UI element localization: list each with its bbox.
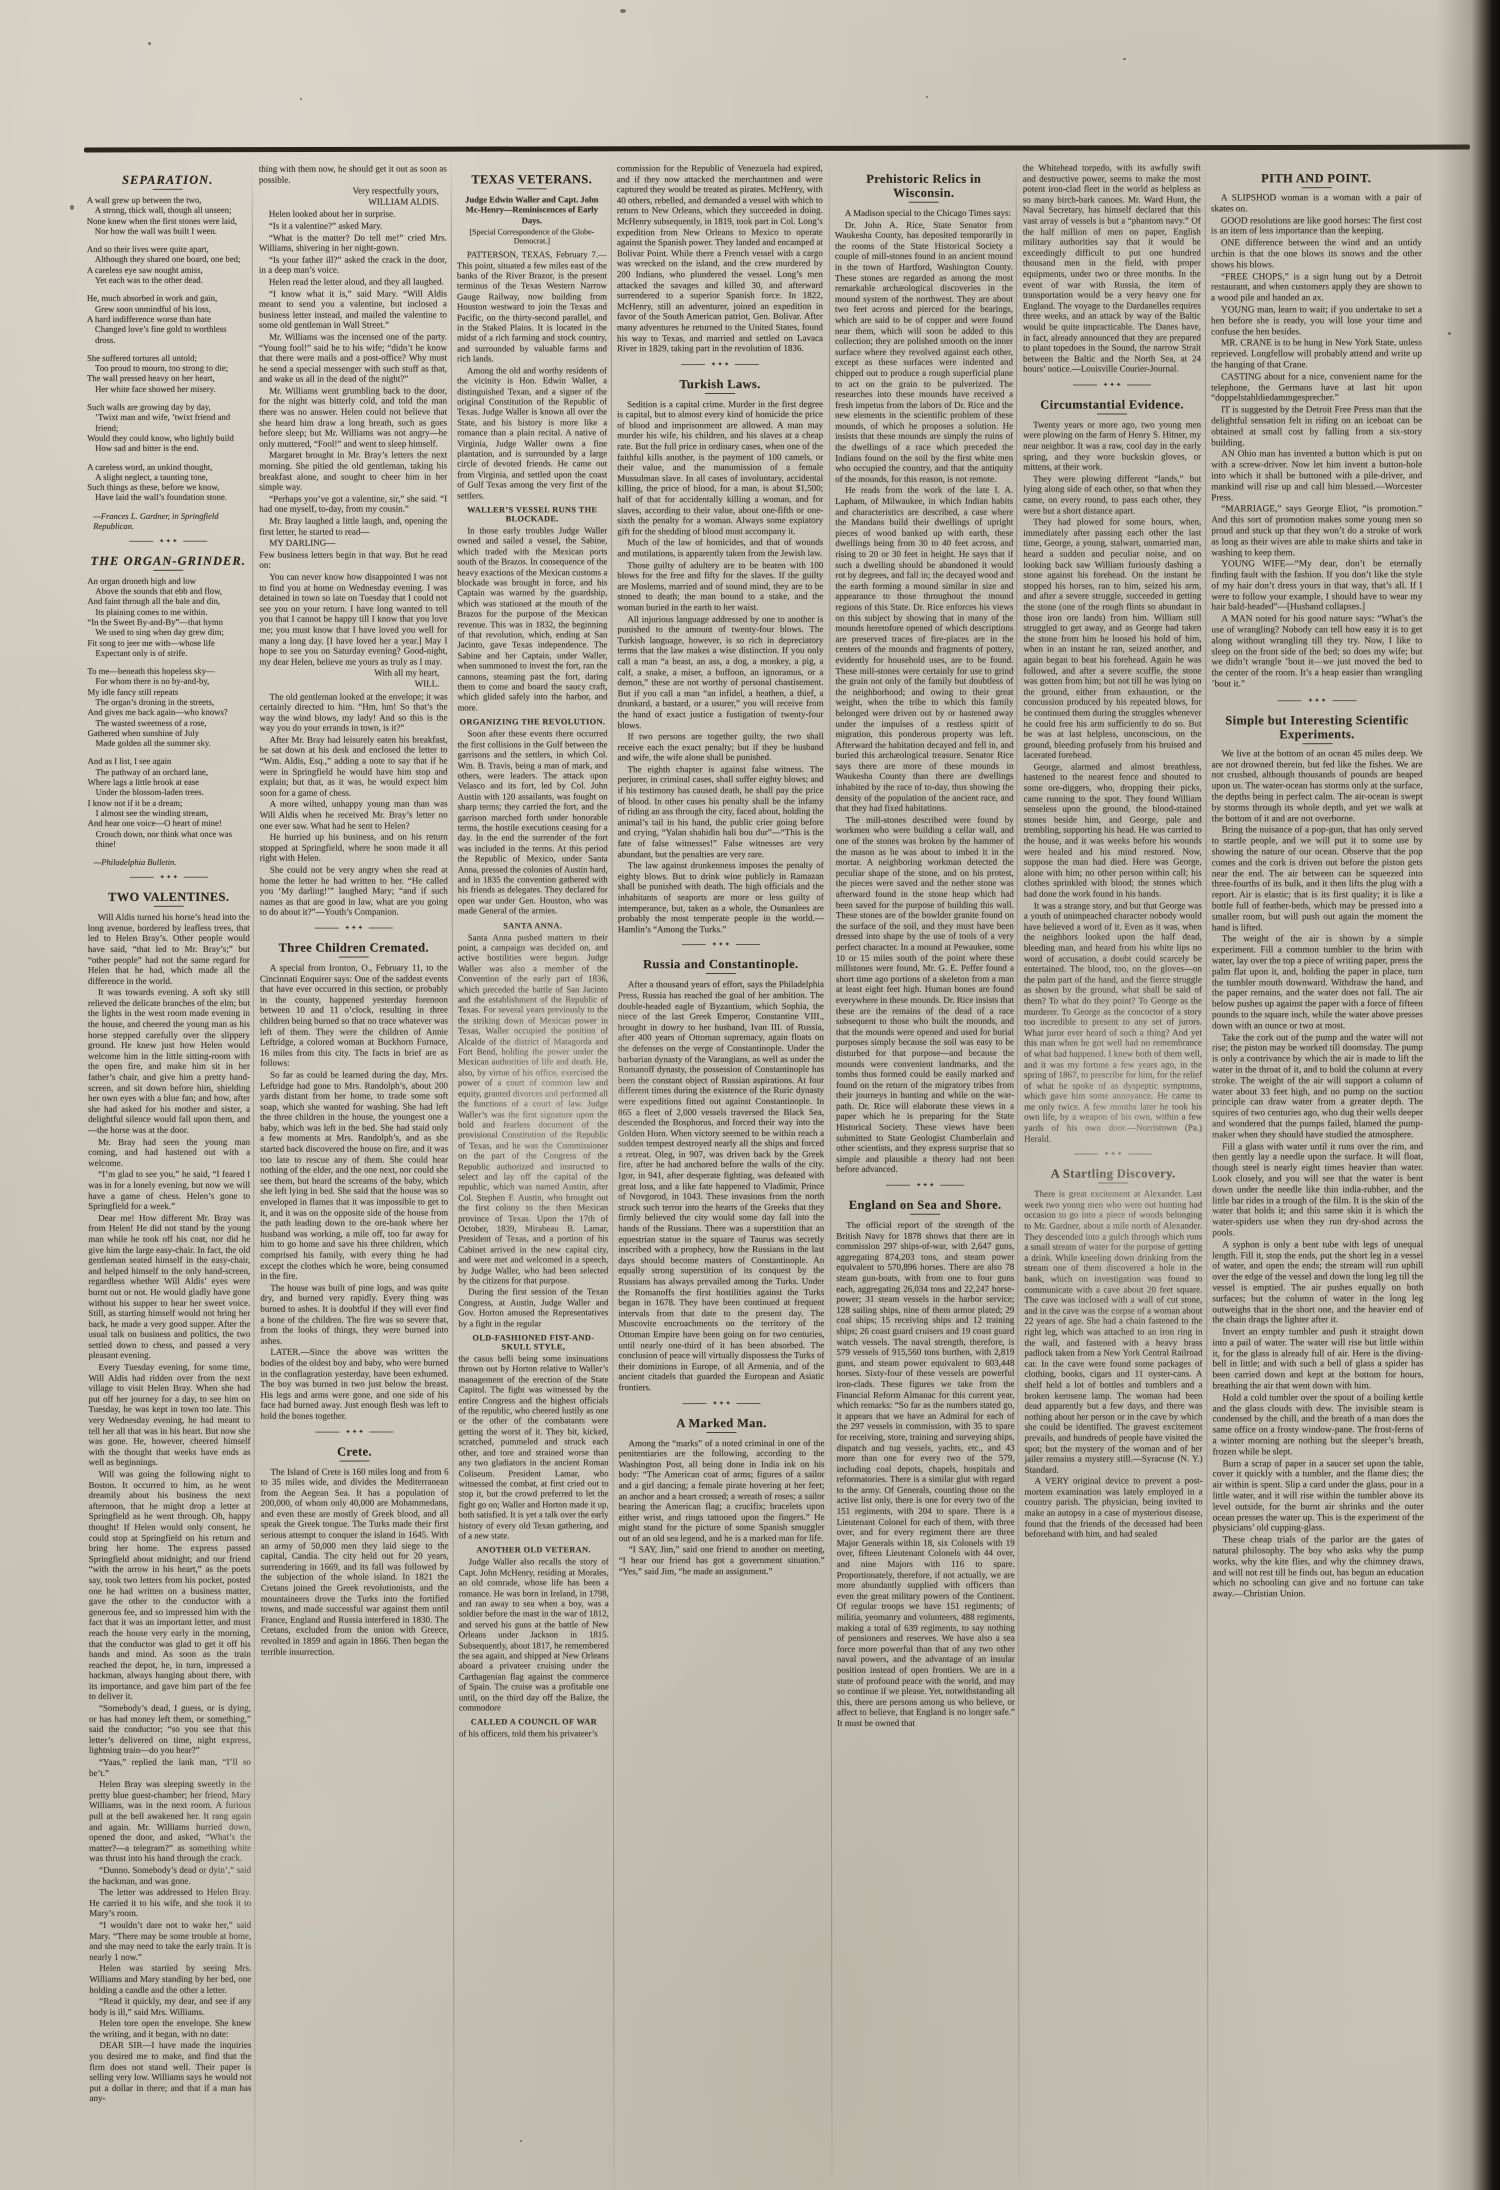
article-paragraph: He reads from the work of the late I. A.… — [835, 485, 1013, 814]
poem-line: For whom there is no by-and-by, — [87, 676, 249, 687]
attribution: —Frances L. Gardner, in Springfield Repu… — [87, 510, 249, 530]
article-headline: THE ORGAN-GRINDER. — [87, 553, 249, 567]
headline-rule — [153, 189, 183, 190]
article-paragraph: Mr. Bray laughed a little laugh, and, op… — [259, 515, 447, 536]
headline-rule — [1301, 187, 1331, 188]
poem-stanza: And so their lives were quite apart,Alth… — [87, 244, 249, 285]
article-paragraph: A VERY original device to prevent a post… — [1025, 1476, 1203, 1540]
article-paragraph: Take the cork out of the pump and the wa… — [1212, 1033, 1423, 1141]
article-paragraph: ONE difference between the wind and an u… — [1211, 238, 1422, 271]
article-paragraph: These cheap trials of the parlor are the… — [1213, 1535, 1424, 1600]
poem-line: Would they could know, who lightly build — [87, 433, 249, 444]
poem-line: A careless eye saw nought amiss, — [87, 264, 249, 275]
article-paragraph: “What is the matter? Do tell me!” cried … — [259, 232, 447, 253]
article-paragraph: Among the “marks” of a noted criminal in… — [618, 1437, 824, 1543]
article-paragraph: Soon after these events there occurred t… — [457, 728, 607, 916]
poem-line: Its plaining comes to me within. — [87, 606, 249, 617]
article-paragraph: The mill-stones described were found by … — [836, 814, 1015, 1174]
article-paragraph: Twenty years or more ago, two young men … — [1023, 419, 1201, 472]
poem-line: Although they shared one board, one bed; — [87, 254, 249, 265]
column-rule — [829, 158, 833, 2190]
poem-line: My idle fancy still repeats — [87, 686, 249, 697]
section-crosshead: ANOTHER OLD VETERAN. — [459, 1546, 609, 1555]
poem-line: A wall grew up between the two, — [87, 195, 249, 206]
article-paragraph: Mr. Williams went grumbling back to the … — [259, 385, 447, 449]
headline-rule — [909, 202, 939, 203]
poem-line: A strong, thick wall, though all unseen; — [87, 205, 249, 216]
article-paragraph: “Somebody’s dead, I guess, or is dying, … — [89, 1703, 251, 1756]
article-paragraph: A special from Ironton, O., February 11,… — [260, 962, 448, 1068]
article-paragraph: In those early troubles Judge Waller own… — [457, 525, 607, 713]
article-paragraph: “I know what it is,” said Mary. “Will Al… — [259, 288, 447, 331]
poem-stanza: Such walls are growing day by day,’Twixt… — [87, 402, 249, 454]
article-paragraph: Dear me! How different Mr. Bray was from… — [88, 1212, 250, 1361]
article-headline: Circumstantial Evidence. — [1023, 397, 1201, 411]
poem-stanza: He, much absorbed in work and gain,Grew … — [87, 293, 249, 345]
scan-speck — [520, 2140, 522, 2142]
article-headline: SEPARATION. — [87, 173, 249, 187]
poem-line: Such walls are growing day by day, — [87, 402, 249, 413]
article-paragraph: It was towards evening. A soft sky still… — [88, 987, 250, 1136]
article-paragraph: We live at the bottom of an ocean 45 mil… — [1212, 749, 1423, 825]
headline-rule — [706, 973, 736, 974]
article-paragraph: “Is your father ill?” asked the crack in… — [259, 254, 447, 275]
article-paragraph: “FREE CHOPS,” is a sign hung out by a De… — [1211, 272, 1422, 305]
poem-line: How sad and bitter is the end. — [87, 443, 249, 454]
article-headline: Three Children Cremated. — [260, 940, 448, 954]
article-paragraph: Few business letters begin in that way. … — [259, 549, 447, 570]
article-paragraph: “Is it a valentine?” asked Mary. — [259, 220, 447, 231]
article-paragraph: “Dunno. Somebody’s dead or dyin’,” said … — [89, 1865, 251, 1886]
article-headline: Russia and Constantinople. — [618, 957, 824, 971]
poem-line: A hard indifference worse than hate — [87, 314, 249, 325]
column-1: SEPARATION.A wall grew up between the tw… — [87, 164, 252, 2190]
letter-closing-line: With all my heart, — [259, 668, 439, 679]
poem-line: The pathway of an orchard lane, — [88, 766, 250, 777]
poem-line: I know not if it be a dream; — [88, 797, 250, 808]
article-paragraph: He hurried up his business, and on his r… — [260, 832, 448, 864]
article-paragraph: Hold a cold tumbler over the spout of a … — [1212, 1393, 1423, 1458]
divider-ornament: ✦ ✦ ✦ — [260, 1428, 448, 1435]
poem-line: A slight neglect, a taunting tone, — [87, 472, 249, 483]
divider-ornament: ✦ ✦ ✦ — [836, 1182, 1014, 1189]
poem-line: Nor how the wall was built I ween. — [87, 226, 249, 237]
poem-line: Have laid the wall’s foundation stone. — [87, 492, 249, 503]
poem-line: She suffered tortures all untold; — [87, 353, 249, 364]
headline-rule — [340, 1460, 370, 1461]
section-crosshead: SANTA ANNA. — [458, 921, 608, 930]
article-paragraph: So far as could be learned during the da… — [260, 1069, 448, 1281]
poem-line: Too proud to mourn, too strong to die; — [87, 363, 249, 374]
article-paragraph: “Perhaps you’ve got a valentine, sir,” s… — [259, 493, 447, 514]
poem-line: The wasted sweetness of a rose, — [87, 717, 249, 728]
article-paragraph: Mr. Bray had seen the young man coming, … — [88, 1136, 250, 1168]
divider-ornament: ✦ ✦ ✦ — [87, 537, 249, 544]
poem-line: None knew when the first stones were lai… — [87, 215, 249, 226]
column-rule — [451, 158, 455, 2190]
article-paragraph: MY DARLING— — [259, 538, 447, 549]
article-headline: England on Sea and Shore. — [836, 1198, 1014, 1212]
divider-ornament: ✦ ✦ ✦ — [617, 361, 823, 368]
scan-speck — [148, 42, 151, 45]
article-headline: TWO VALENTINES. — [88, 890, 250, 904]
attribution: —Philadelphia Bulletin. — [88, 857, 250, 867]
poem-line: I almost see the winding stream, — [88, 808, 250, 819]
headline-rule — [705, 393, 735, 394]
poem-stanza: A wall grew up between the two,A strong,… — [87, 195, 249, 236]
scan-speck — [1123, 58, 1126, 60]
poem-line: Under the blossom-laden trees. — [88, 787, 250, 798]
poem-line: Changed love’s fine gold to worthless dr… — [87, 324, 249, 345]
print-area: SEPARATION.A wall grew up between the tw… — [0, 0, 1500, 2190]
article-headline: PITH AND POINT. — [1211, 171, 1422, 185]
article-paragraph: Every Tuesday evening, for some time, Wi… — [88, 1362, 250, 1468]
article-paragraph: Helen Bray was sleeping sweetly in the p… — [89, 1779, 251, 1864]
letter-closing-line: WILL. — [259, 678, 439, 689]
poem-line: He, much absorbed in work and gain, — [87, 293, 249, 304]
poem-line: Gathered when sunshine of July — [87, 728, 249, 739]
article-paragraph: “Read it quickly, my dear, and see if an… — [89, 1996, 251, 2017]
article-paragraph: She could not be very angry when she rea… — [260, 864, 448, 917]
poem-line: The organ’s droning in the streets, — [87, 697, 249, 708]
article-paragraph: A syphon is only a bent tube with legs o… — [1212, 1240, 1423, 1327]
newspaper-page-scan: SEPARATION.A wall grew up between the tw… — [0, 0, 1500, 2190]
article-headline: Turkish Laws. — [617, 377, 823, 391]
article-paragraph: The old gentleman looked at the envelope… — [259, 691, 447, 734]
article-paragraph: Mr. Williams was the incensed one of the… — [259, 331, 447, 384]
article-paragraph: “Yaas,” replied the lank man, “I’ll so b… — [89, 1757, 251, 1778]
article-paragraph: Santa Anna pushed matters to their point… — [458, 932, 608, 1286]
column-rule — [611, 158, 615, 2190]
article-paragraph: Will Aldis turned his horse’s head into … — [88, 912, 250, 986]
article-paragraph: YOUNG WIFE—“My dear, don’t be eternally … — [1211, 559, 1422, 613]
column-rule — [1016, 158, 1020, 2190]
poem-line: And as I list, I see again — [88, 756, 250, 767]
poem-stanza: And as I list, I see againThe pathway of… — [88, 756, 250, 849]
column-2: thing with them now, he should get it ou… — [259, 163, 450, 2190]
divider-ornament: ✦ ✦ ✦ — [1211, 697, 1422, 704]
article-paragraph: You can never know how disappointed I wa… — [259, 571, 447, 667]
poem-line: And so their lives were quite apart, — [87, 244, 249, 255]
article-paragraph: DEAR SIR—I have made the inquiries you d… — [89, 2040, 251, 2104]
article-paragraph: Helen read the letter aloud, and they al… — [259, 276, 447, 287]
article-headline: Prehistoric Relics in Wisconsin. — [835, 172, 1013, 200]
article-paragraph: The law against drunkenness imposes the … — [618, 860, 824, 934]
article-paragraph: the casus belli being some insinuations … — [458, 1353, 608, 1541]
article-paragraph: Sedition is a capital crime. Murder in t… — [617, 399, 823, 537]
poem-line: Crouch down, nor think what once was thi… — [88, 828, 250, 849]
article-paragraph: A MAN noted for his good nature says: “W… — [1211, 614, 1422, 690]
scan-edge-shadow — [1436, 0, 1500, 2190]
article-paragraph: Judge Waller also recalls the story of C… — [459, 1557, 609, 1713]
scan-speck — [620, 9, 626, 13]
headline-rule — [1097, 413, 1127, 414]
article-paragraph: Among the old and worthy residents of th… — [457, 365, 607, 500]
article-headline: TEXAS VETERANS. — [457, 172, 607, 186]
article-paragraph: Much of the law of homicides, and that o… — [617, 537, 823, 558]
letter-closing-line: WILLIAM ALDIS. — [259, 196, 439, 207]
article-paragraph: Bring the nuisance of a pop-gun, that ha… — [1212, 825, 1423, 933]
article-paragraph: “I’m glad to see you,” he said, “I feare… — [88, 1169, 250, 1212]
poem-stanza: An organ droneth high and lowAbove the s… — [87, 575, 249, 658]
article-headline: Crete. — [260, 1444, 448, 1458]
article-headline: A Marked Man. — [618, 1415, 824, 1429]
article-paragraph: A Madison special to the Chicago Times s… — [835, 208, 1013, 219]
column-7: PITH AND POINT.A SLIPSHOD woman is a wom… — [1211, 162, 1425, 2189]
poem-line: We used to sing when day grew dim; — [87, 627, 249, 638]
article-paragraph: of his officers, told them his privateer… — [459, 1729, 609, 1740]
poem-line: An organ droneth high and low — [87, 575, 249, 586]
headline-rule — [339, 957, 369, 958]
section-crosshead: ORGANIZING THE REVOLUTION. — [457, 717, 607, 726]
article-paragraph: After a thousand years of effort, says t… — [618, 979, 825, 1392]
poem-line: Fit song to jeer me with—whose life — [87, 637, 249, 648]
article-paragraph: The eighth chapter is against false witn… — [618, 764, 824, 860]
article-paragraph: The house was built of pine logs, and wa… — [260, 1282, 448, 1346]
article-paragraph: A SLIPSHOD woman is a woman with a pair … — [1211, 193, 1422, 215]
divider-ornament: ✦ ✦ ✦ — [88, 874, 250, 881]
poem-line: A careless word, an unkind thought, — [87, 461, 249, 472]
divider-ornament: ✦ ✦ ✦ — [260, 924, 448, 931]
article-paragraph: Will was going the following night to Bo… — [89, 1469, 251, 1702]
divider-ornament: ✦ ✦ ✦ — [618, 1399, 824, 1406]
article-paragraph: commission for the Republic of Venezuela… — [617, 163, 823, 354]
headline-rule — [154, 906, 184, 907]
headline-rule — [706, 1432, 736, 1433]
column-4: commission for the Republic of Venezuela… — [617, 163, 826, 2190]
article-paragraph: They had plowed for some hours, when, im… — [1023, 517, 1201, 761]
scan-speck — [926, 96, 928, 98]
article-paragraph: Burn a scrap of paper in a saucer set up… — [1213, 1459, 1424, 1535]
article-paragraph: A more wilted, unhappy young man than wa… — [260, 799, 448, 831]
article-paragraph: Invert an empty tumbler and push it stra… — [1212, 1327, 1423, 1392]
headline-rule — [1302, 743, 1332, 744]
headline-rule — [910, 1214, 940, 1215]
article-paragraph: thing with them now, he should get it ou… — [259, 163, 447, 184]
column-rule — [252, 159, 256, 2190]
letter-closing: Very respectfully yours,WILLIAM ALDIS. — [259, 186, 447, 207]
section-crosshead: WALLER’S VESSEL RUNS THE BLOCKADE. — [457, 505, 607, 523]
poem-line: Where lags a little brook at ease — [88, 777, 250, 788]
article-paragraph: “I wouldn’t dare not to wake her,” said … — [89, 1920, 251, 1963]
column-5: Prehistoric Relics in Wisconsin.A Madiso… — [835, 163, 1016, 2190]
article-paragraph: “I SAY, Jim,” said one friend to another… — [619, 1544, 825, 1576]
article-paragraph: the Whitehead torpedo, with its awfully … — [1023, 162, 1201, 374]
poem-line: The wall pressed heavy on her heart, — [87, 373, 249, 384]
poem-line: Above the sounds that ebb and flow, — [87, 586, 249, 597]
article-paragraph: YOUNG man, learn to wait; if you underta… — [1211, 305, 1422, 338]
article-paragraph: IT is suggested by the Detroit Free Pres… — [1211, 405, 1422, 448]
article-paragraph: GOOD resolutions are like good horses: T… — [1211, 216, 1422, 238]
poem-line: Grew soon unmindful of his loss, — [87, 303, 249, 314]
headline-rule — [1098, 1183, 1128, 1184]
headline-rule — [153, 570, 183, 571]
article-paragraph: AN Ohio man has invented a button which … — [1211, 449, 1422, 503]
divider-ornament: ✦ ✦ ✦ — [1023, 381, 1201, 388]
column-rule — [1205, 157, 1209, 2189]
article-subhead: Judge Edwin Waller and Capt. John Mc-Hen… — [457, 194, 607, 225]
scan-speck — [300, 98, 302, 100]
article-paragraph: Helen was startled by seeing Mrs. Willia… — [89, 1963, 251, 1995]
poem-line: To me—beneath this hopeless sky— — [87, 666, 249, 677]
poem-line: Yet each was to the other dead. — [87, 275, 249, 286]
poem-line: ’Twixt man and wife, ’twixt friend and f… — [87, 412, 249, 433]
article-paragraph: There is great excitement at Alexander. … — [1024, 1189, 1202, 1475]
article-paragraph: Those guilty of adultery are to be beate… — [617, 559, 823, 612]
poem-stanza: To me—beneath this hopeless sky—For whom… — [87, 666, 249, 749]
article-paragraph: MR. CRANE is to be hung in New York Stat… — [1211, 338, 1422, 371]
section-crosshead: OLD-FASHIONED FIST-AND-SKULL STYLE, — [458, 1333, 608, 1351]
article-paragraph: CASTING about for a nice, convenient nam… — [1211, 372, 1422, 405]
article-paragraph: Dr. John A. Rice, State Senator from Wau… — [835, 219, 1013, 484]
article-paragraph: If two persons are together guilty, the … — [617, 731, 823, 763]
poem-line: “In the Sweet By-and-By”—that hymn — [87, 617, 249, 628]
article-paragraph: LATER.—Since the above was written the b… — [260, 1347, 448, 1421]
letter-closing: With all my heart,WILL. — [259, 668, 447, 689]
article-paragraph: All injurious language addressed by one … — [617, 613, 823, 730]
article-paragraph: Margaret brought in Mr. Bray’s letters t… — [259, 450, 447, 493]
divider-ornament: ✦ ✦ ✦ — [618, 941, 824, 948]
article-paragraph: They were plowing different “lands,” but… — [1023, 473, 1201, 516]
article-paragraph: George, alarmed and almost breathless, h… — [1024, 761, 1202, 899]
letter-closing-line: Very respectfully yours, — [259, 186, 439, 197]
article-headline: A Startling Discovery. — [1024, 1167, 1202, 1181]
divider-ornament: ✦ ✦ ✦ — [1024, 1151, 1202, 1158]
column-3: TEXAS VETERANS.Judge Edwin Waller and Ca… — [457, 163, 610, 2190]
article-paragraph: During the first session of the Texan Co… — [458, 1287, 608, 1329]
article-paragraph: It was a strange story, and but that Geo… — [1024, 900, 1202, 1144]
correspondence-credit: [Special Correspondence of the Globe-Dem… — [457, 227, 607, 245]
poem-line: And hear one voice—O heart of mine! — [88, 818, 250, 829]
poem-line: Such things as these, before we know, — [87, 482, 249, 493]
poem-stanza: She suffered tortures all untold;Too pro… — [87, 353, 249, 394]
poem-line: Her white face showed her misery. — [87, 383, 249, 394]
article-paragraph: PATTERSON, TEXAS, February 7.—This point… — [457, 249, 607, 364]
poem-line: Made golden all the summer sky. — [88, 738, 250, 749]
poem-line: Expectant only is of strife. — [87, 647, 249, 658]
section-crosshead: CALLED A COUNCIL OF WAR — [459, 1718, 609, 1727]
article-paragraph: Fill a glass with water until it runs ov… — [1212, 1142, 1423, 1239]
article-paragraph: Helen looked about her in surprise. — [259, 209, 447, 220]
column-6: the Whitehead torpedo, with its awfully … — [1023, 162, 1204, 2189]
poem-line: And faint through all the bale and din, — [87, 596, 249, 607]
article-paragraph: Helen tore open the envelope. She knew t… — [89, 2018, 251, 2039]
scan-speck — [70, 205, 74, 210]
article-paragraph: The official report of the strength of t… — [836, 1220, 1015, 1729]
headline-rule — [517, 188, 547, 189]
article-paragraph: After Mr. Bray had leisurely eaten his b… — [259, 734, 447, 798]
poem-stanza: A careless word, an unkind thought,A sli… — [87, 461, 249, 502]
article-paragraph: The weight of the air is shown by a simp… — [1212, 934, 1423, 1031]
article-paragraph: “MARRIAGE,” says George Eliot, “is promo… — [1211, 504, 1422, 558]
article-paragraph: The Island of Crete is 160 miles long an… — [261, 1466, 449, 1657]
article-headline: Simple but Interesting Scientific Experi… — [1211, 713, 1422, 741]
article-paragraph: The letter was addressed to Helen Bray. … — [89, 1887, 251, 1919]
poem-line: And gives me back again—who knows? — [87, 707, 249, 718]
